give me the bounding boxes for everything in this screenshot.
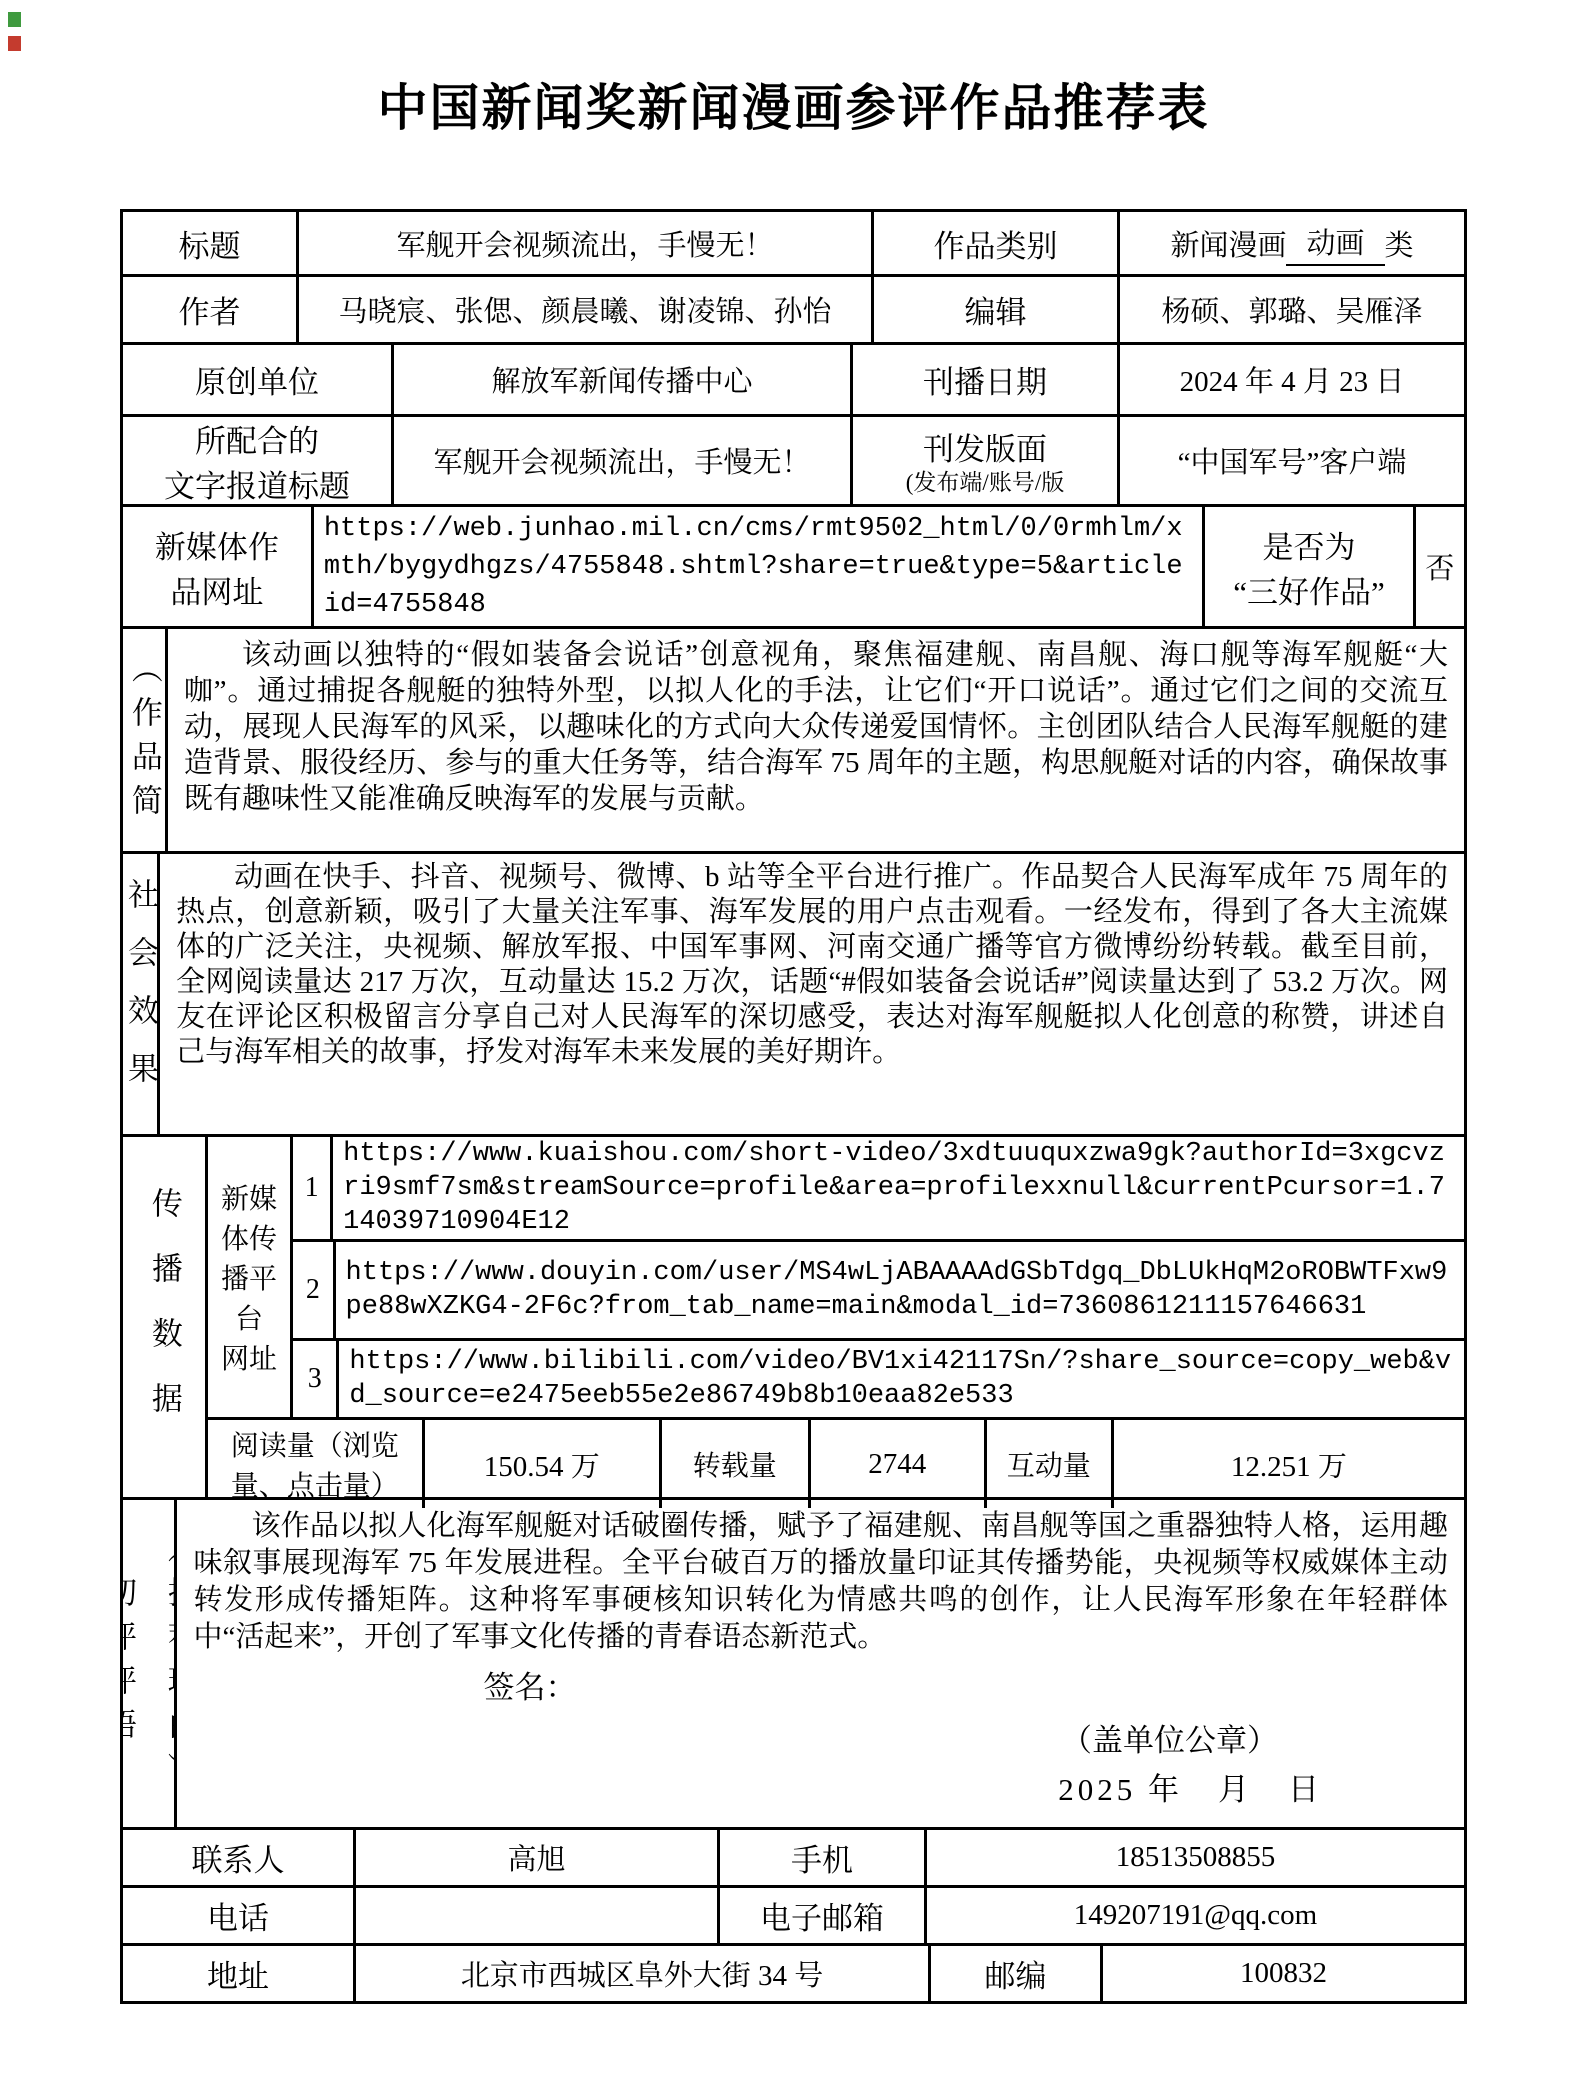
url-row-2: 2 https://www.douyin.com/user/MS4wLjABAA… [293,1242,1464,1341]
publish-date-label: 刊播日期 [853,345,1120,414]
read-count-value: 150.54 万 [425,1420,662,1508]
row-intro: 采编过程 （作品简介） 该动画以独特的“假如装备会说话”创意视角，聚焦福建舰、南… [123,629,1464,854]
email-label: 电子邮箱 [720,1888,927,1943]
category-prefix: 新闻漫画 [1170,223,1286,264]
spread-data-label-cell: 传播数据 [123,1137,208,1497]
review-vertical-label: 初评评语 （推荐理由） [123,1532,177,1796]
email-value: 149207191@qq.com [927,1888,1464,1943]
category-label: 作品类别 [874,212,1120,274]
social-effect-text-cell: 动画在快手、抖音、视频号、微博、b 站等全平台进行推广。作品契合人民海军成年 7… [160,854,1464,1134]
publish-page-sublabel: (发布端/账号/版 [906,469,1064,497]
publish-page-label-cell: 刊发版面 (发布端/账号/版 [853,417,1120,504]
url-3-value: https://www.bilibili.com/video/BV1xi4211… [339,1341,1464,1417]
media-url-label: 新媒体作 品网址 [123,507,314,626]
review-date: 2025 年 月 日 [193,1764,1448,1809]
mobile-value: 18513508855 [927,1830,1464,1885]
author-value: 马晓宸、张偲、颜晨曦、谢凌锦、孙怡 [299,277,874,342]
related-report-label: 所配合的 文字报道标题 [123,417,394,504]
platform-urls-list: 1 https://www.kuaishou.com/short-video/3… [293,1137,1464,1417]
social-effect-label: 社会效果 [123,878,160,1110]
row-contact-person: 联系人 高旭 手机 18513508855 [123,1830,1464,1888]
author-label: 作者 [123,277,299,342]
spread-data-body: 新媒体传 播平台 网址 1 https://www.kuaishou.com/s… [208,1137,1464,1497]
social-effect-text: 动画在快手、抖音、视频号、微博、b 站等全平台进行推广。作品契合人民海军成年 7… [176,860,1448,1070]
address-label: 地址 [123,1946,356,2001]
url-row-3: 3 https://www.bilibili.com/video/BV1xi42… [293,1341,1464,1417]
recommendation-table: 标题 军舰开会视频流出，手慢无！ 作品类别 新闻漫画动画类 作者 马晓宸、张偲、… [120,209,1467,2004]
read-count-label: 阅读量（浏览 量、点击量） [208,1420,425,1508]
platform-urls-label: 新媒体传 播平台 网址 [208,1137,294,1417]
row-author: 作者 马晓宸、张偲、颜晨曦、谢凌锦、孙怡 编辑 杨硕、郭璐、吴雁泽 [123,277,1464,345]
editor-label: 编辑 [874,277,1120,342]
review-vertical-label-cell: 初评评语 （推荐理由） [123,1500,177,1827]
category-suffix: 类 [1385,223,1414,264]
origin-unit-value: 解放军新闻传播中心 [394,345,853,414]
publish-page-value: “中国军号”客户端 [1120,417,1464,504]
row-social-effect: 社会效果 动画在快手、抖音、视频号、微博、b 站等全平台进行推广。作品契合人民海… [123,854,1464,1137]
contact-person-label: 联系人 [123,1830,356,1885]
metrics-row: 阅读量（浏览 量、点击量） 150.54 万 转载量 2744 互动量 12.2… [208,1420,1464,1508]
review-body-cell: 该作品以拟人化海军舰艇对话破圈传播，赋予了福建舰、南昌舰等国之重器独特人格，运用… [177,1500,1464,1827]
url-2-value: https://www.douyin.com/user/MS4wLjABAAAA… [336,1242,1464,1338]
editor-value: 杨硕、郭璐、吴雁泽 [1120,277,1464,342]
sanhao-label: 是否为 “三好作品” [1205,507,1415,626]
intro-vertical-label: 采编过程 （作品简介） [123,633,168,847]
social-effect-label-cell: 社会效果 [123,854,160,1134]
address-value: 北京市西城区阜外大街 34 号 [356,1946,931,2001]
row-related-report: 所配合的 文字报道标题 军舰开会视频流出，手慢无！ 刊发版面 (发布端/账号/版… [123,417,1464,507]
interact-count-value: 12.251 万 [1114,1420,1464,1508]
spread-data-label: 传播数据 [133,1187,195,1447]
title-value: 军舰开会视频流出，手慢无！ [299,212,874,274]
repost-count-value: 2744 [811,1420,987,1508]
form-sheet: 中国新闻奖新闻漫画参评作品推荐表 标题 军舰开会视频流出，手慢无！ 作品类别 新… [0,0,1587,2090]
row-title: 标题 军舰开会视频流出，手慢无！ 作品类别 新闻漫画动画类 [123,212,1464,277]
url-3-number: 3 [293,1341,339,1417]
contact-person-value: 高旭 [356,1830,720,1885]
repost-count-label: 转载量 [662,1420,811,1508]
url-row-1: 1 https://www.kuaishou.com/short-video/3… [293,1137,1464,1242]
url-1-value: https://www.kuaishou.com/short-video/3xd… [333,1137,1464,1239]
title-label: 标题 [123,212,299,274]
review-text: 该作品以拟人化海军舰艇对话破圈传播，赋予了福建舰、南昌舰等国之重器独特人格，运用… [193,1508,1448,1656]
scan-artifact-green [8,12,21,27]
scan-artifact-red [8,36,21,51]
origin-unit-label: 原创单位 [123,345,394,414]
mobile-label: 手机 [720,1830,927,1885]
row-phone-email: 电话 电子邮箱 149207191@qq.com [123,1888,1464,1946]
interact-count-label: 互动量 [987,1420,1114,1508]
sanhao-value: 否 [1416,507,1464,626]
intro-text: 该动画以独特的“假如装备会说话”创意视角，聚焦福建舰、南昌舰、海口舰等海军舰艇“… [184,637,1448,817]
row-origin-unit: 原创单位 解放军新闻传播中心 刊播日期 2024 年 4 月 23 日 [123,345,1464,417]
row-spread-data: 传播数据 新媒体传 播平台 网址 1 https://www.kuaishou.… [123,1137,1464,1500]
zipcode-label: 邮编 [931,1946,1103,2001]
related-report-value: 军舰开会视频流出，手慢无！ [394,417,853,504]
url-1-number: 1 [293,1137,333,1239]
row-address: 地址 北京市西城区阜外大街 34 号 邮编 100832 [123,1946,1464,2001]
intro-vertical-label-cell: 采编过程 （作品简介） [123,629,168,851]
platform-urls-block: 新媒体传 播平台 网址 1 https://www.kuaishou.com/s… [208,1137,1464,1420]
phone-value [356,1888,720,1943]
row-review: 初评评语 （推荐理由） 该作品以拟人化海军舰艇对话破圈传播，赋予了福建舰、南昌舰… [123,1500,1464,1830]
publish-date-value: 2024 年 4 月 23 日 [1120,345,1464,414]
publish-page-label: 刊发版面 [923,424,1047,469]
intro-text-cell: 该动画以独特的“假如装备会说话”创意视角，聚焦福建舰、南昌舰、海口舰等海军舰艇“… [168,629,1464,851]
media-url-value: https://web.junhao.mil.cn/cms/rmt9502_ht… [314,507,1205,626]
row-media-url: 新媒体作 品网址 https://web.junhao.mil.cn/cms/r… [123,507,1464,629]
seal-note: （盖单位公章） [193,1715,1448,1760]
category-underlined-value: 动画 [1286,221,1384,266]
url-2-number: 2 [293,1242,335,1338]
zipcode-value: 100832 [1103,1946,1464,2001]
page-title: 中国新闻奖新闻漫画参评作品推荐表 [120,68,1467,140]
signature-label: 签名： [193,1662,1448,1707]
category-value: 新闻漫画动画类 [1120,212,1464,274]
phone-label: 电话 [123,1888,356,1943]
